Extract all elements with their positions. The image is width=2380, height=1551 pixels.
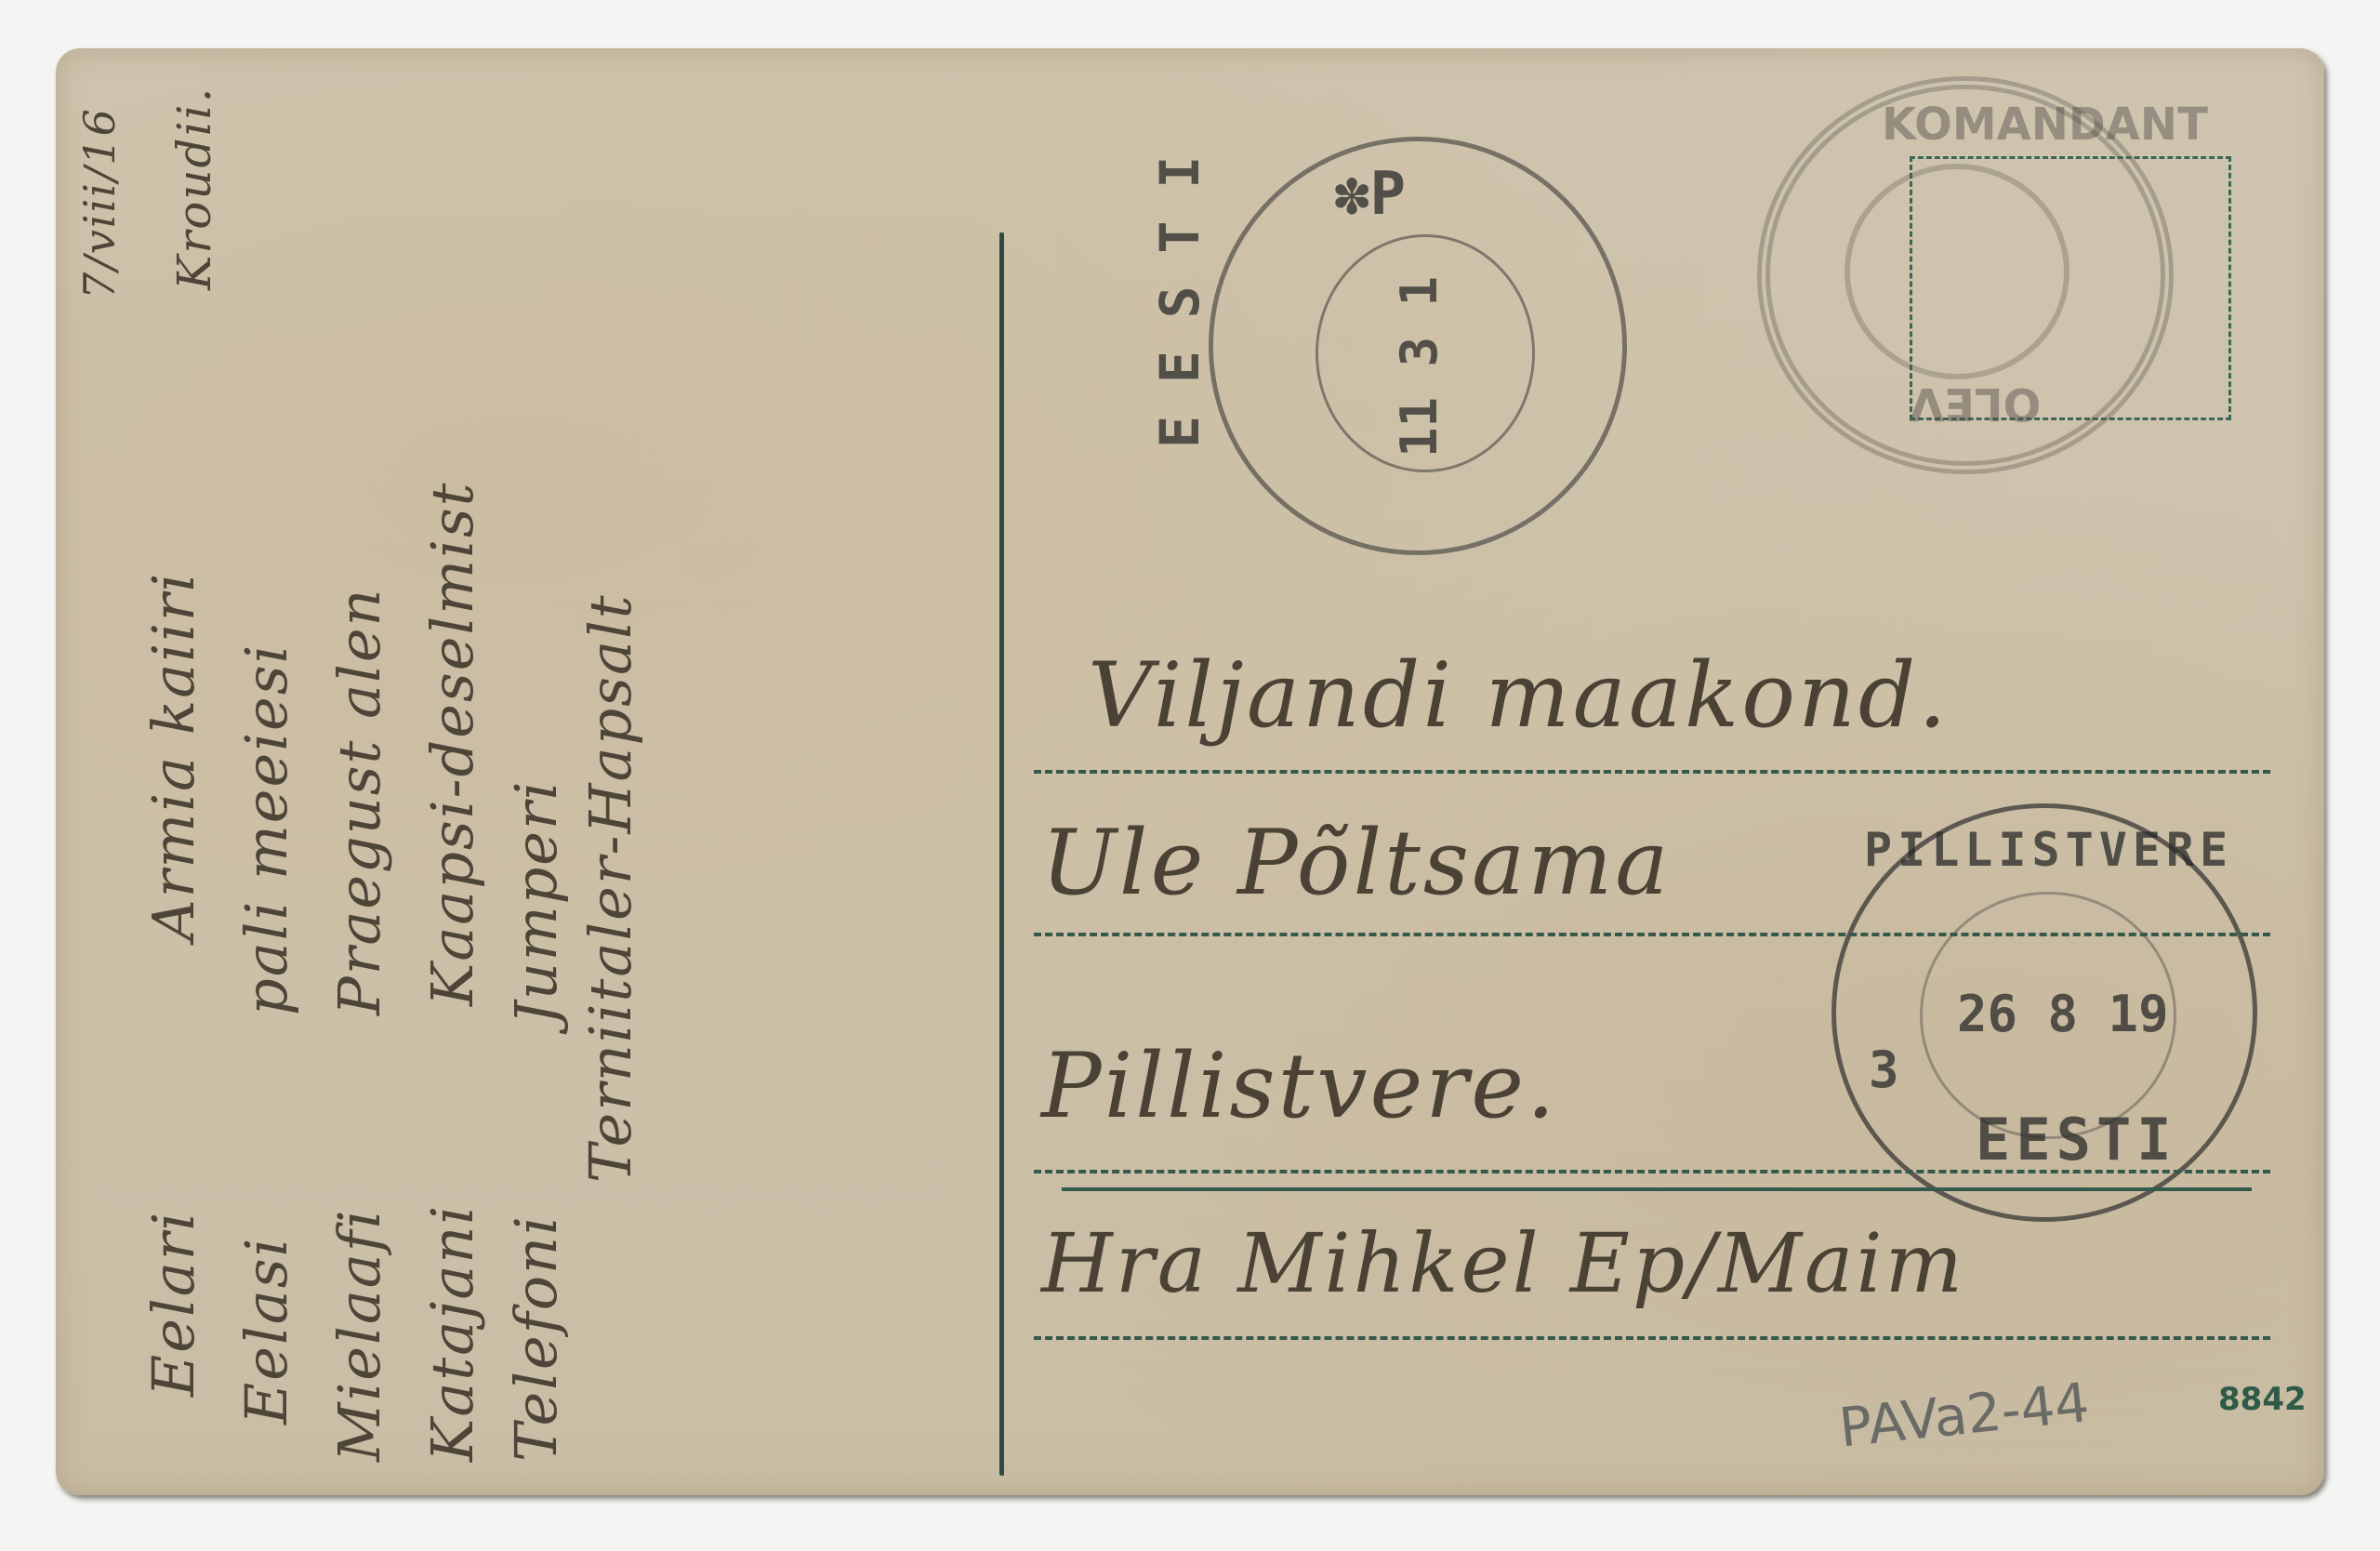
postcard: Eelari Eelasi Mielaafi Katajani Telefoni… — [56, 48, 2324, 1495]
komandant-seal: KOMANDANT OLEV — [1757, 76, 2174, 474]
pencil-note: PAVa2-44 — [1836, 1371, 2092, 1460]
upper-postmark: ✽P E E S T I 11 3 1 — [1209, 137, 1627, 555]
postmark-index: 3 — [1869, 1041, 1899, 1099]
message-line: Kaapsi-deselmist — [418, 481, 486, 1006]
message-line: Eelasi — [232, 1237, 300, 1425]
postmark-top-text: PILLISTVERE — [1864, 823, 2233, 877]
message-line: Armia kaiiri — [139, 572, 207, 941]
message-place: Kroudii. — [167, 86, 221, 290]
lower-postmark: PILLISTVERE EESTI 26 8 19 3 — [1831, 803, 2257, 1222]
address-village: Pillistvere. — [1041, 1034, 1558, 1138]
message-line: Telefoni — [502, 1214, 570, 1462]
message-line: Eelari — [139, 1211, 207, 1397]
address-line-2 — [1034, 933, 2270, 936]
postmark-bottom-text: EESTI — [1976, 1106, 2177, 1173]
postmark-date: 11 3 1 — [1390, 276, 1448, 457]
postmark-date: 26 8 19 — [1957, 985, 2169, 1043]
address-line-3-underline — [1062, 1187, 2252, 1191]
message-line: Katajani — [418, 1204, 486, 1462]
address-recipient: Hra Mihkel Ep/Maim — [1041, 1215, 1965, 1311]
message-signoff: Terniitaler-Hapsalt — [576, 593, 644, 1183]
address-line-4 — [1034, 1336, 2270, 1340]
divider-line — [999, 232, 1004, 1476]
postmark-top-text: ✽P — [1334, 160, 1406, 229]
seal-bottom-text: OLEV — [1910, 378, 2041, 430]
address-region: Viljandi maakond. — [1088, 643, 1950, 748]
printer-number: 8842 — [2218, 1381, 2307, 1418]
seal-top-text: KOMANDANT — [1882, 99, 2208, 151]
message-line: Jumperi — [502, 780, 570, 1025]
message-line: Mielaafi — [325, 1208, 393, 1462]
seal-inner-ring — [1844, 164, 2069, 379]
message-line: Praegust alen — [325, 588, 393, 1015]
address-parish: Ule Põltsama — [1041, 811, 1671, 915]
address-line-1 — [1034, 770, 2270, 774]
message-date: 7/viii/16 — [74, 107, 125, 299]
postmark-side-text: E E S T I — [1148, 156, 1211, 448]
address-line-3 — [1034, 1170, 2270, 1173]
message-line: pali meeiesi — [232, 643, 300, 1015]
